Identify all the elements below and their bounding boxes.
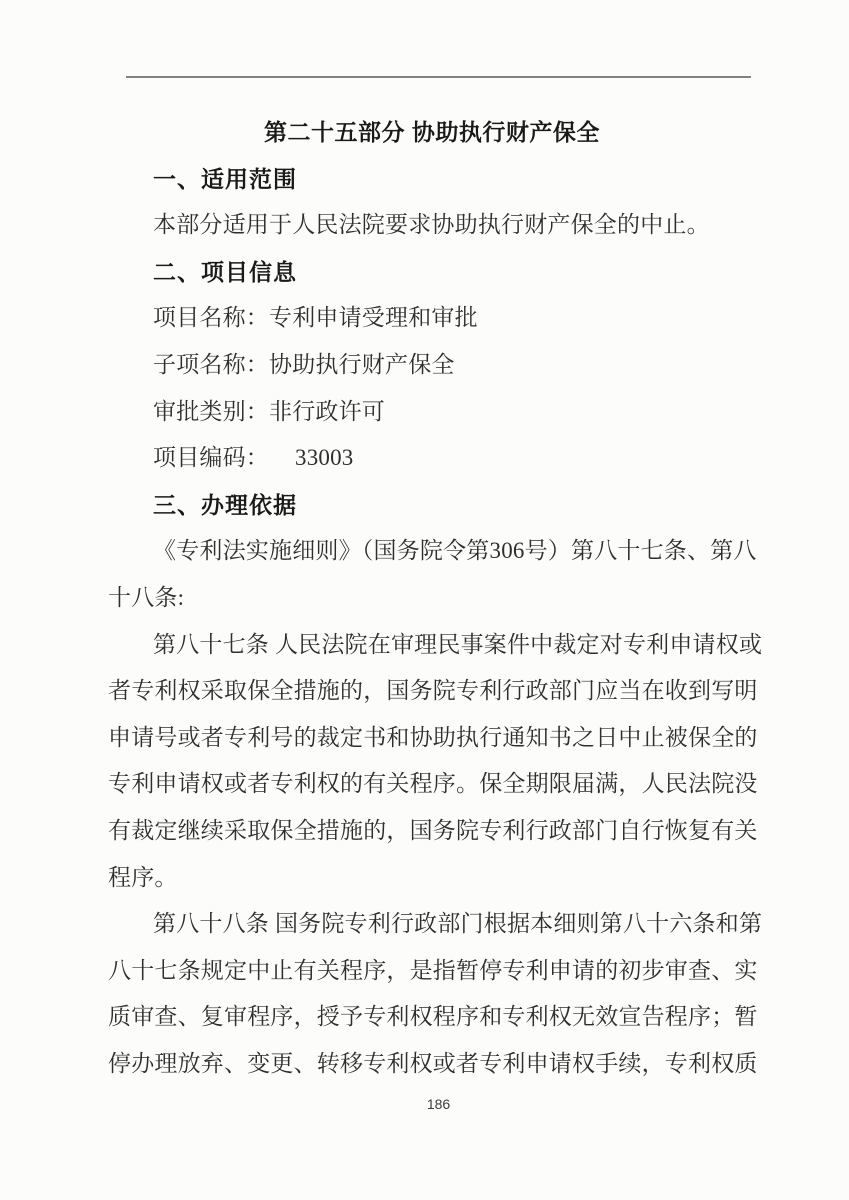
field-label: 子项名称： <box>153 352 269 377</box>
field-label: 项目名称： <box>153 305 269 330</box>
field-label: 项目编码： <box>153 445 269 470</box>
section-2-heading: 二、项目信息 <box>108 249 756 296</box>
article-88-line: 质审查、复审程序，授予专利权程序和专利权无效宣告程序；暂 <box>108 994 756 1041</box>
article-87-line: 申请号或者专利号的裁定书和协助执行通知书之日中止被保全的 <box>108 715 756 762</box>
article-88-line: 第八十八条 国务院专利行政部门根据本细则第八十六条和第 <box>108 901 756 948</box>
header-rule <box>126 76 751 78</box>
scope-paragraph: 本部分适用于人民法院要求协助执行财产保全的中止。 <box>108 202 756 249</box>
article-88-line: 八十七条规定中止有关程序，是指暂停专利申请的初步审查、实 <box>108 948 756 995</box>
section-3-heading: 三、办理依据 <box>108 482 756 529</box>
field-subitem-name: 子项名称：协助执行财产保全 <box>108 342 756 389</box>
article-88-line: 停办理放弃、变更、转移专利权或者专利申请权手续，专利权质 <box>108 1041 756 1088</box>
article-87-line: 有裁定继续采取保全措施的，国务院专利行政部门自行恢复有关 <box>108 808 756 855</box>
legal-basis-line: 《专利法实施细则》（国务院令第306号）第八十七条、第八 <box>108 528 756 575</box>
field-project-code: 项目编码：33003 <box>108 435 756 482</box>
field-project-name: 项目名称：专利申请受理和审批 <box>108 295 756 342</box>
article-87-line: 专利申请权或者专利权的有关程序。保全期限届满，人民法院没 <box>108 761 756 808</box>
field-approval-type: 审批类别：非行政许可 <box>108 389 756 436</box>
field-value: 33003 <box>295 445 354 470</box>
article-87-line: 程序。 <box>108 855 756 902</box>
field-label: 审批类别： <box>153 399 269 424</box>
field-value: 专利申请受理和审批 <box>269 305 478 330</box>
field-value: 协助执行财产保全 <box>269 352 455 377</box>
page-number: 186 <box>14 1096 849 1112</box>
document-title: 第二十五部分 协助执行财产保全 <box>108 109 756 156</box>
section-1-heading: 一、适用范围 <box>108 156 756 203</box>
field-value: 非行政许可 <box>269 399 385 424</box>
article-87-line: 第八十七条 人民法院在审理民事案件中裁定对专利申请权或 <box>108 622 756 669</box>
document-page: 第二十五部分 协助执行财产保全 一、适用范围 本部分适用于人民法院要求协助执行财… <box>0 0 849 1200</box>
document-content: 第二十五部分 协助执行财产保全 一、适用范围 本部分适用于人民法院要求协助执行财… <box>108 109 756 1087</box>
legal-basis-line: 十八条: <box>108 575 756 622</box>
article-87-line: 者专利权采取保全措施的，国务院专利行政部门应当在收到写明 <box>108 668 756 715</box>
